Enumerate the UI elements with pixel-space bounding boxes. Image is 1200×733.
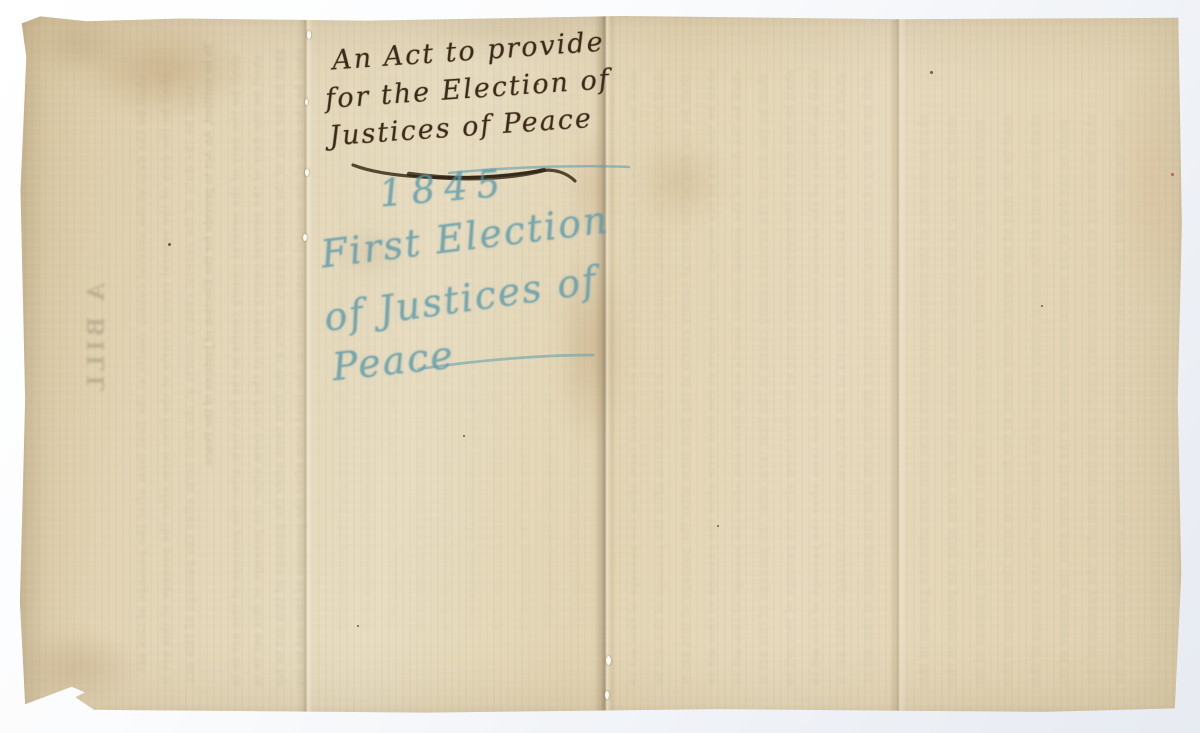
pencil-peace-underline <box>417 351 597 373</box>
bleedthrough-text-column: shall be the duty of the several county … <box>543 73 557 628</box>
stain <box>555 240 627 450</box>
stain <box>31 15 126 75</box>
ink-title-line-2: for the Election of <box>324 65 611 115</box>
bleedthrough-text-column: shall be the duty of the several county … <box>1001 115 1015 687</box>
bleedthrough-text-column: shall be the duty of the several county … <box>569 70 583 628</box>
document-sheet: A BILL To be entitled, An Act to provide… <box>17 15 1183 714</box>
speck <box>168 243 171 246</box>
ink-flourish-underline <box>349 155 589 185</box>
bleedthrough-text-column: shall be the duty of the several county … <box>809 70 823 685</box>
bleedthrough-text-column: shall be the duty of the several county … <box>731 70 745 688</box>
stitch-hole <box>305 169 309 176</box>
bleedthrough-text-column: shall be the duty of the several county … <box>861 70 875 682</box>
bleedthrough-text-column: shall be the duty of the several county … <box>439 70 453 632</box>
speck <box>357 625 359 627</box>
bleedthrough-text-column: shall be the duty of the several county … <box>465 73 479 628</box>
stain <box>402 7 612 52</box>
pencil-year-underline <box>447 161 632 177</box>
bleedthrough-text-column: shall be the duty of the several county … <box>413 70 427 630</box>
bleedthrough-text-column: shall be the duty of the several county … <box>917 115 931 690</box>
paper-left-edge-shading <box>17 15 45 714</box>
stain <box>1115 70 1185 300</box>
stitch-hole <box>305 99 308 105</box>
speck <box>717 525 719 527</box>
bleedthrough-text-column: shall be the duty of the several county … <box>757 73 771 685</box>
ink-title-line-3: Justices of Peace <box>328 104 593 152</box>
bleedthrough-text-column: shall be the duty of the several county … <box>273 49 287 689</box>
speck <box>463 435 465 437</box>
speck <box>930 71 933 74</box>
bleedthrough-text-column: shall be the duty of the several county … <box>679 73 693 685</box>
bleedthrough-text-column: shall be the duty of the several county … <box>783 70 797 685</box>
bleedthrough-text-column: shall be the duty of the several county … <box>973 119 987 687</box>
bleedthrough-text-column: shall be the duty of the several county … <box>653 70 667 685</box>
scan-background: A BILL To be entitled, An Act to provide… <box>0 0 1200 733</box>
bleedthrough-text-column: shall be the duty of the several county … <box>1085 115 1099 685</box>
bleedthrough-text-column: shall be the duty of the several county … <box>361 70 375 632</box>
stain <box>77 23 252 118</box>
bleedthrough-text-column: shall be the duty of the several county … <box>229 55 243 685</box>
bleedthrough-text-column: shall be the duty of the several county … <box>293 49 307 693</box>
stitch-hole <box>606 656 611 665</box>
stain <box>569 125 614 255</box>
fold-crease-2 <box>593 15 617 714</box>
ink-title-line-1: An Act to provide <box>331 28 605 77</box>
bleedthrough-text-column: shall be the duty of the several county … <box>1057 119 1071 687</box>
fold-crease-1 <box>298 15 314 714</box>
speck <box>1041 305 1043 307</box>
pencil-line-2: of Justices of <box>321 258 600 340</box>
bleedthrough-bill-caption: To be entitled, An Act to provide for th… <box>201 43 216 688</box>
speck <box>537 83 539 85</box>
pencil-line-1: First Election <box>318 197 611 276</box>
bleedthrough-text-column: shall be the duty of the several county … <box>835 73 849 683</box>
bleedthrough-text-column: shall be the duty of the several county … <box>491 70 505 630</box>
bleedthrough-text-column: shall be the duty of the several county … <box>1029 115 1043 689</box>
stain <box>332 225 407 280</box>
speck <box>1171 173 1174 176</box>
stitch-hole <box>605 691 609 699</box>
bleedthrough-text-column: shall be the duty of the several county … <box>159 73 173 685</box>
bleedthrough-text-column: shall be the duty of the several county … <box>335 70 349 630</box>
bleedthrough-text-column: shall be the duty of the several county … <box>517 70 531 630</box>
fold-crease-3 <box>889 15 907 714</box>
pencil-year: 1845 <box>377 161 510 215</box>
stain <box>633 140 728 225</box>
pencil-line-3: Peace <box>330 333 457 390</box>
stitch-hole <box>307 31 311 39</box>
bleedthrough-text-column: shall be the duty of the several county … <box>135 75 149 675</box>
bleedthrough-text-column: shall be the duty of the several county … <box>705 70 719 685</box>
stain <box>12 630 142 705</box>
bleedthrough-bill-title: A BILL <box>83 283 113 478</box>
bleedthrough-text-column: shall be the duty of the several county … <box>945 115 959 687</box>
bleedthrough-text-column: shall be the duty of the several county … <box>251 55 265 687</box>
bleedthrough-text-column: shall be the duty of the several county … <box>183 85 197 683</box>
stitch-hole <box>303 234 307 241</box>
bleedthrough-text-column: shall be the duty of the several county … <box>1113 117 1127 683</box>
bleedthrough-text-column: shall be the duty of the several county … <box>387 73 401 629</box>
bleedthrough-text-column: shall be the duty of the several county … <box>627 70 641 688</box>
